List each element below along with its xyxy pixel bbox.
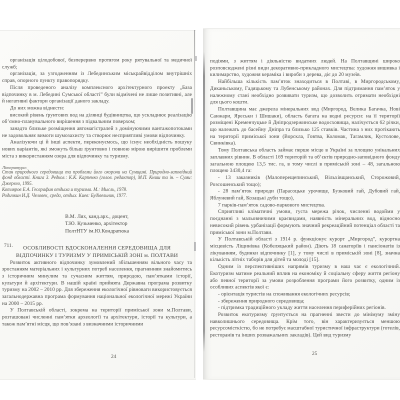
list-item: - 28 пам’яток природи (Парасоцьке урочищ… [210,188,400,202]
left-page-content: організація цілодобової, безперервно про… [2,57,192,380]
page-number: 25 [312,351,317,357]
list-item: організація цілодобової, безперервно про… [2,57,192,71]
list-item: організація, за узгодженням із Лебединсь… [2,71,192,85]
paragraph: Полтавщина має джерела мінеральних вод (… [210,106,400,147]
left-page-scan: організація цілодобової, безперервно про… [0,30,196,380]
paragraph: У Полтавській області, зокрема на терито… [2,307,192,328]
paragraph: Сприятливі кліматичні умови, густа мереж… [210,209,400,236]
authors-block: В.М. Лях, канд.арх., доцент, Т.Ю. Кузьме… [2,213,192,235]
reference-item: Стан природного середовища та проблеми й… [2,170,192,188]
udc-number: 711. [4,243,13,249]
page-number: 24 [111,354,116,360]
paragraph: Найбільша кількість пам’яток знаходиться… [210,79,400,106]
paragraph: До них можна віднести: [2,105,192,112]
paragraph: Розвиток активного відпочинку зумовлений… [2,259,192,307]
paragraph: Тому Полтавська область займає перше міс… [210,147,400,174]
paragraph: подіями, з життям і діяльністю видатних … [210,58,400,79]
paragraph: Після проведеного аналізу комплексного а… [2,84,192,105]
scan-artifact [191,98,193,114]
article-title: ОСОБЛИВОСТІ ВДОСКОНАЛЕННЯ СЕРЕДОВИЩА ДЛЯ… [11,244,183,259]
right-page-binding-line [203,52,205,352]
list-item: - орієнтація туристів на споживання екол… [210,291,400,298]
list-item: високий рівень ґрунтових вод на ділянці … [2,112,192,126]
left-page-edge-line [194,30,195,378]
paragraph: Одним із перспективніших напрямів туризм… [210,264,400,291]
list-item: - підтримка традиційного укладу життя на… [210,305,400,312]
right-page-scan: подіями, з життям і діяльністю видатних … [203,28,400,380]
list-item: - збереження природного середовища; [210,298,400,305]
list-item: занадто близьке розміщення автомагістрал… [2,126,192,140]
reference-item: Родичкин И.Д. Человек, среда, отдых. Кие… [2,193,192,199]
paragraph: Розвиток екотуризму ґрунтується на прагн… [210,312,400,339]
list-item: - 13 заказників (Малоперещепинський, Віл… [210,174,400,188]
author-line: ПолтНТУ ім.Ю.Кондратюка [65,228,129,235]
paragraph: Аналізуючи ці й інші аспекти, переконуєм… [2,139,192,160]
scan-artifact [195,56,197,61]
right-page-content: подіями, з життям і діяльністю видатних … [210,58,400,378]
authors-inner: В.М. Лях, канд.арх., доцент, Т.Ю. Кузьме… [65,213,129,235]
author-line: В.М. Лях, канд.арх., доцент, [65,213,129,220]
author-line: Т.Ю. Кузьменко, архітектор [65,221,129,228]
scan-artifact [194,242,196,251]
paragraph: У Полтавській області з 1914 р. функціон… [210,236,400,263]
list-item: 7 парків-пам’яток садово-паркового мисте… [210,202,400,209]
